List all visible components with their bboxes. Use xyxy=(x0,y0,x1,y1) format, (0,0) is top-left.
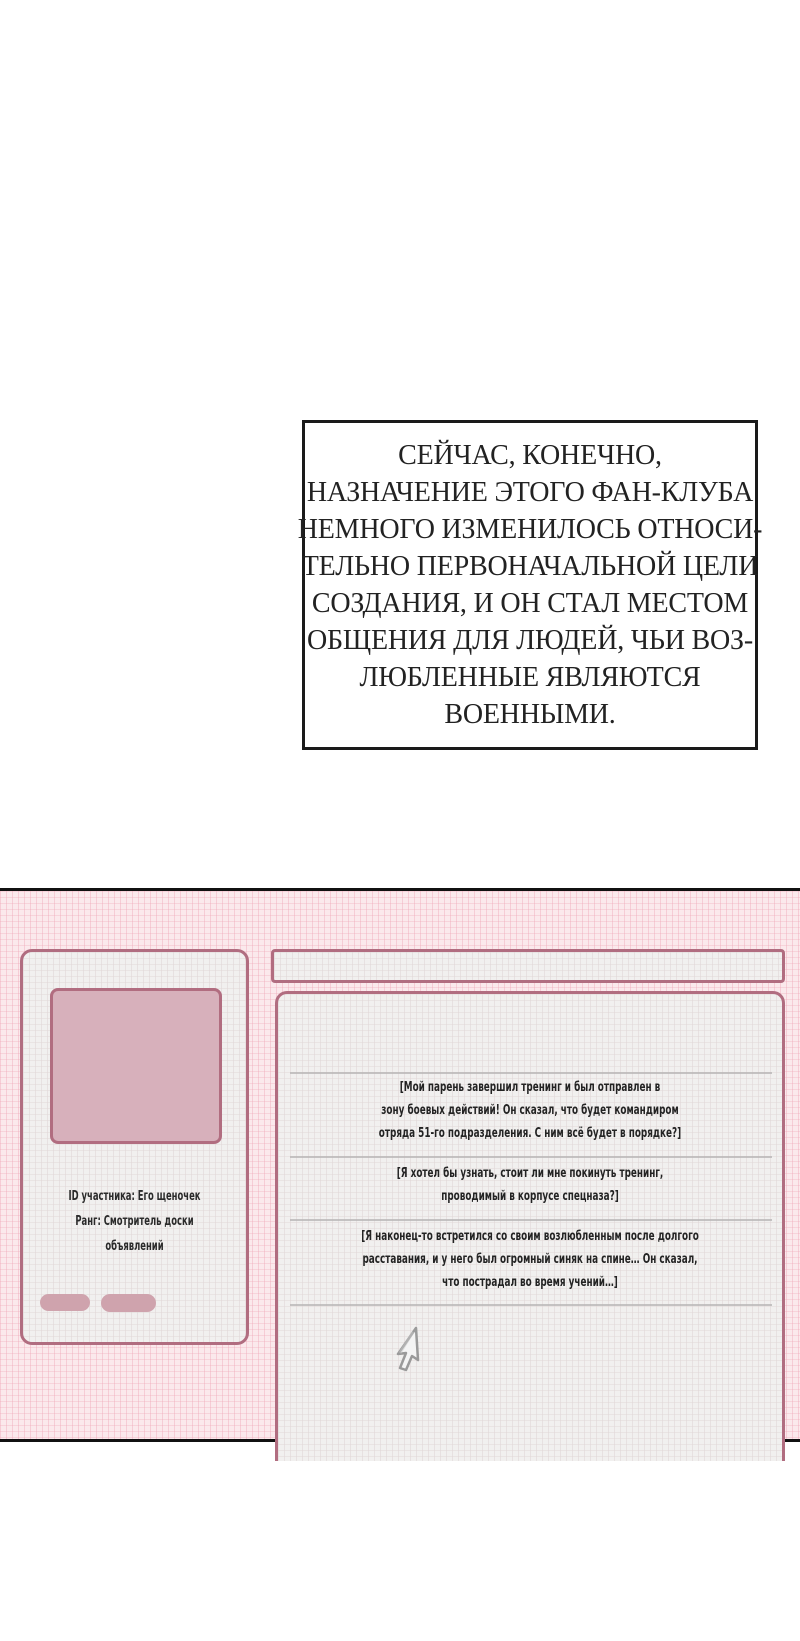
member-rank: Ранг: Смотритель доски xyxy=(54,1209,215,1234)
post-line: [Я наконец-то встретился со своим возлюб… xyxy=(359,1225,702,1248)
caption-line: общения для людей, чьи воз- xyxy=(298,622,763,659)
member-id: ID участника: Его щеночек xyxy=(54,1184,215,1209)
user-profile-card: ID участника: Его щеночек Ранг: Смотрите… xyxy=(20,949,249,1345)
caption-line: назначение этого фан-клуба xyxy=(298,474,763,511)
profile-action-button-1[interactable] xyxy=(40,1294,90,1311)
caption-line: любленные являются xyxy=(298,659,763,696)
profile-info: ID участника: Его щеночек Ранг: Смотрите… xyxy=(54,1184,215,1259)
post-line: [Мой парень завершил тренинг и был отпра… xyxy=(359,1076,702,1099)
list-item-post[interactable]: [Я хотел бы узнать, стоит ли мне покинут… xyxy=(278,1162,782,1208)
caption-line: немного изменилось относи- xyxy=(298,511,763,548)
post-line: что пострадал во время учений…] xyxy=(359,1271,702,1294)
board-posts-card: [Мой парень завершил тренинг и был отпра… xyxy=(275,991,785,1461)
list-item-post[interactable]: [Я наконец-то встретился со своим возлюб… xyxy=(278,1225,782,1294)
post-line: расставания, и у него был огромный синяк… xyxy=(359,1248,702,1271)
member-rank-cont: объявлений xyxy=(54,1234,215,1259)
narration-caption-text: Сейчас, конечно, назначение этого фан-кл… xyxy=(288,437,773,733)
caption-line: тельно первоначальной цели xyxy=(298,548,763,585)
post-line: отряда 51-го подразделения. С ним всё бу… xyxy=(359,1122,702,1145)
caption-line: военными. xyxy=(298,696,763,733)
divider xyxy=(290,1304,772,1306)
post-line: проводимый в корпусе спецназа?] xyxy=(359,1185,702,1208)
list-item-post[interactable]: [Мой парень завершил тренинг и был отпра… xyxy=(278,1076,782,1145)
post-line: зону боевых действий! Он сказал, что буд… xyxy=(359,1099,702,1122)
board-title-bar xyxy=(271,949,785,983)
profile-action-button-2[interactable] xyxy=(101,1294,156,1312)
divider xyxy=(290,1156,772,1158)
divider xyxy=(290,1072,772,1074)
narration-caption-box: Сейчас, конечно, назначение этого фан-кл… xyxy=(302,420,758,750)
divider xyxy=(290,1219,772,1221)
post-line: [Я хотел бы узнать, стоит ли мне покинут… xyxy=(359,1162,702,1185)
caption-line: Сейчас, конечно, xyxy=(298,437,763,474)
avatar[interactable] xyxy=(50,988,222,1144)
caption-line: создания, и он стал местом xyxy=(298,585,763,622)
forum-screen-panel: ID участника: Его щеночек Ранг: Смотрите… xyxy=(0,888,800,1442)
mouse-pointer-icon xyxy=(386,1324,430,1374)
